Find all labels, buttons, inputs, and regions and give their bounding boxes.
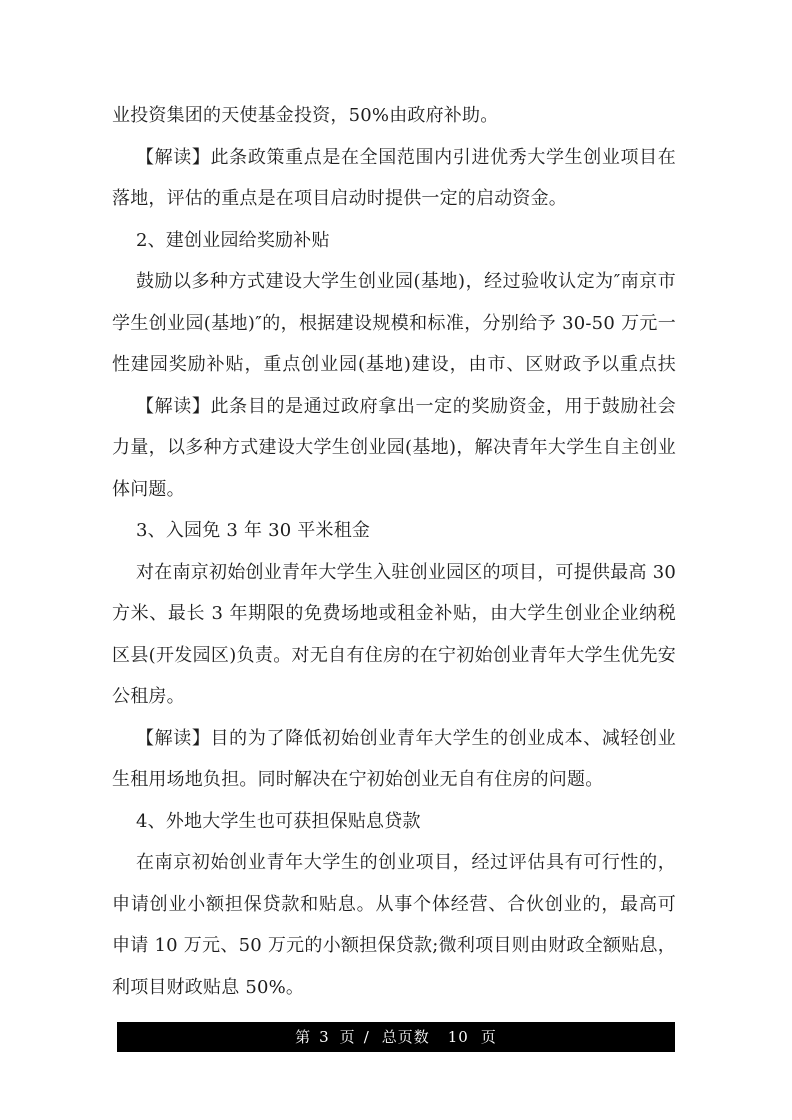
footer-total-pages: 10 [448,1028,469,1046]
footer-current-page: 3 [319,1028,330,1046]
footer-page-unit: 页 [340,1028,356,1046]
text-line: 利项目财政贴息 50%。 [112,967,676,1009]
text-line: 【解读】此条目的是通过政府拿出一定的奖励资金，用于鼓励社会各方 [112,386,676,428]
text-line: 业投资集团的天使基金投资，50%由政府补助。 [112,95,676,137]
footer-total-unit: 页 [481,1028,497,1046]
document-body: 业投资集团的天使基金投资，50%由政府补助。【解读】此条政策重点是在全国范围内引… [112,95,676,1008]
text-line: 公租房。 [112,676,676,718]
footer-page-indicator: 第3页/总页数10页 [295,1022,497,1052]
text-line: 方米、最长 3 年期限的免费场地或租金补贴，由大学生创业企业纳税属地 [112,593,676,635]
text-line: 生租用场地负担。同时解决在宁初始创业无自有住房的问题。 [112,759,676,801]
text-line: 3、入园免 3 年 30 平米租金 [112,510,676,552]
text-line: 落地，评估的重点是在项目启动时提供一定的启动资金。 [112,178,676,220]
text-line: 鼓励以多种方式建设大学生创业园(基地)，经过验收认定为″南京市大 [112,261,676,303]
page-footer-bar: 第3页/总页数10页 [117,1022,675,1052]
text-line: 2、建创业园给奖励补贴 [112,220,676,262]
footer-total-label: 总页数 [382,1028,430,1046]
text-line: 区县(开发园区)负责。对无自有住房的在宁初始创业青年大学生优先安排 [112,635,676,677]
text-line: 【解读】此条政策重点是在全国范围内引进优秀大学生创业项目在南京 [112,137,676,179]
text-line: 在南京初始创业青年大学生的创业项目，经过评估具有可行性的，均可 [112,842,676,884]
text-line: 体问题。 [112,469,676,511]
text-line: 性建园奖励补贴，重点创业园(基地)建设，由市、区财政予以重点扶持。 [112,344,676,386]
text-line: 申请创业小额担保贷款和贴息。从事个体经营、合伙创业的，最高可分别 [112,884,676,926]
text-line: 力量，以多种方式建设大学生创业园(基地)，解决青年大学生自主创业载 [112,427,676,469]
text-line: 4、外地大学生也可获担保贴息贷款 [112,801,676,843]
footer-page-prefix: 第 [295,1028,311,1046]
text-line: 【解读】目的为了降低初始创业青年大学生的创业成本、减轻创业大学 [112,718,676,760]
document-page: 业投资集团的天使基金投资，50%由政府补助。【解读】此条政策重点是在全国范围内引… [0,0,792,1120]
footer-separator: / [364,1028,370,1046]
text-line: 学生创业园(基地)″的，根据建设规模和标准，分别给予 30-50 万元一次 [112,303,676,345]
text-line: 申请 10 万元、50 万元的小额担保贷款;微利项目则由财政全额贴息，非微 [112,925,676,967]
text-line: 对在南京初始创业青年大学生入驻创业园区的项目，可提供最高 30 平 [112,552,676,594]
